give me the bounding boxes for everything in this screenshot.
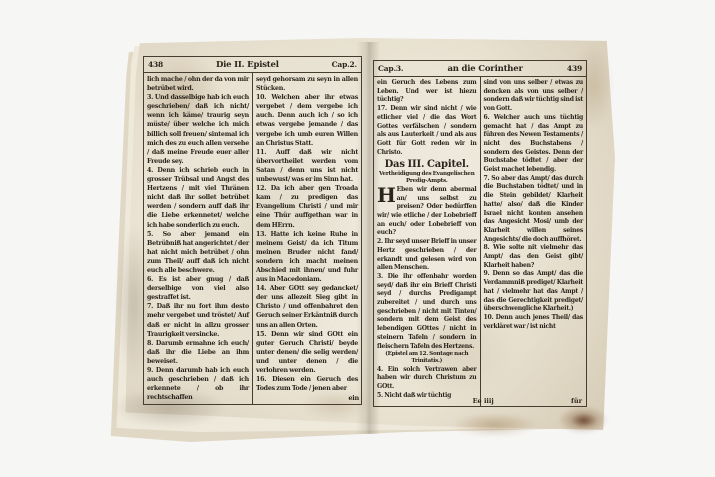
verse: 7. So aber das Ampt/ das durch die Buchs… [484, 175, 584, 245]
right-page-number: 439 [567, 64, 582, 73]
stain-bottom-right-core [571, 413, 597, 428]
right-running-title: an die Corinther [447, 64, 522, 74]
right-page-column-2-verses: sind von uns selber / etwas zu dencken a… [484, 79, 584, 331]
right-page-column-1-intro: ein Geruch des Lebens zum Leben. Und wer… [377, 79, 477, 157]
dropcap-initial: H [377, 186, 397, 204]
verse: 2. Ihr seyd unser Brieff in unser Hertz … [377, 238, 477, 273]
verse: 10. Denn auch jenes Theil/ das verkläret… [484, 314, 584, 331]
verse: 5. So aber jemand ein Betrübniß hat ange… [147, 230, 249, 275]
right-page-body: ein Geruch des Lebens zum Leben. Und wer… [374, 77, 586, 406]
verse: lich mache / ohn der da von mir betrübet… [147, 75, 249, 93]
left-page-column-2-verses: seyd gehorsam zu seyn in allen Stücken.1… [256, 75, 358, 393]
left-chapter-label: Cap.2. [332, 60, 357, 69]
stain-bottom-right-blotch [558, 406, 608, 434]
left-page-body: lich mache / ohn der da von mir betrübet… [144, 73, 361, 404]
verse: 17. Denn wir sind nicht / wie etlicher v… [377, 105, 477, 157]
right-page-running-head: Cap.3. an die Corinther 439 [374, 61, 586, 77]
catchword: ein [348, 394, 359, 403]
right-page-column-2: sind von uns selber / etwas zu dencken a… [481, 77, 587, 406]
left-page-running-head: 438 Die II. Epistel Cap.2. [144, 57, 361, 73]
right-page-text-frame: Cap.3. an die Corinther 439 ein Geruch d… [373, 60, 587, 407]
verse: 15. Denn wir sind GOtt ein guter Geruch … [256, 330, 358, 375]
verse: 12. Da ich aber gen Troada kam / zu pred… [256, 184, 358, 229]
verse: (Epistel am 12. Sontage nach Trinitatis.… [377, 351, 477, 365]
left-page-column-2: seyd gehorsam zu seyn in allen Stücken.1… [253, 73, 361, 404]
right-page-column-1-verses: 2. Ihr seyd unser Brieff in unser Hertz … [377, 238, 477, 400]
verse: 6. Welcher auch uns tüchtig gemacht hat … [484, 114, 584, 175]
verse: 9. Denn so das Ampt/ das die Verdammniß … [484, 270, 584, 314]
verse: 8. Wie solte nit vielmehr das Ampt/ das … [484, 244, 584, 270]
verse-with-dropcap: HEben wir denn abermal an/ uns selbst zu… [377, 186, 477, 238]
verse: 6. Es ist aber gnug / daß derselbige von… [147, 275, 249, 302]
verse: 7. Daß ihr nu fort ihm desto mehr vergeb… [147, 302, 249, 338]
left-page-number: 438 [148, 60, 163, 69]
verse: 4. Ein solch Vertrawen aber haben wir du… [377, 366, 477, 392]
verse: sind von uns selber / etwas zu dencken a… [484, 79, 584, 114]
verse: 10. Welchen aber ihr etwas vergebet / de… [256, 93, 358, 148]
verse: 16. Diesen ein Geruch des Todes zum Tode… [256, 375, 358, 393]
photo-backdrop: 438 Die II. Epistel Cap.2. lich mache / … [0, 0, 715, 477]
right-page-column-1: ein Geruch des Lebens zum Leben. Und wer… [374, 77, 481, 406]
verse: 11. Auff daß wir nicht übervortheilet we… [256, 148, 358, 184]
chapter-heading: Das III. Capitel. [377, 159, 477, 170]
signature-mark: Ee iiij [473, 397, 494, 405]
left-page-column-1: lich mache / ohn der da von mir betrübet… [144, 73, 253, 404]
verse: 3. Die ihr offenbahr worden seyd/ daß ih… [377, 273, 477, 351]
left-page-text-frame: 438 Die II. Epistel Cap.2. lich mache / … [143, 56, 362, 405]
verse: 8. Darumb ermahne ich euch/ daß ihr die … [147, 339, 249, 366]
right-chapter-label: Cap.3. [378, 64, 403, 73]
stain-bottom-center [452, 413, 537, 437]
verse: 4. Denn ich schrieb euch in grosser Trüb… [147, 166, 249, 230]
verse: 9. Denn darumb hab ich euch auch geschri… [147, 366, 249, 402]
verse: 3. Und dasselbige hab ich euch geschrieb… [147, 93, 249, 166]
direction-line: Ee iiij für [374, 396, 586, 405]
verse: 13. Hatte ich keine Ruhe in meinem Geist… [256, 230, 358, 285]
left-running-title: Die II. Epistel [216, 60, 279, 70]
catchword: für [571, 397, 582, 405]
verse: 14. Aber GOtt sey gedancket/ der uns all… [256, 284, 358, 329]
verse: seyd gehorsam zu seyn in allen Stücken. [256, 75, 358, 93]
verse: ein Geruch des Lebens zum Leben. Und wer… [377, 79, 477, 105]
